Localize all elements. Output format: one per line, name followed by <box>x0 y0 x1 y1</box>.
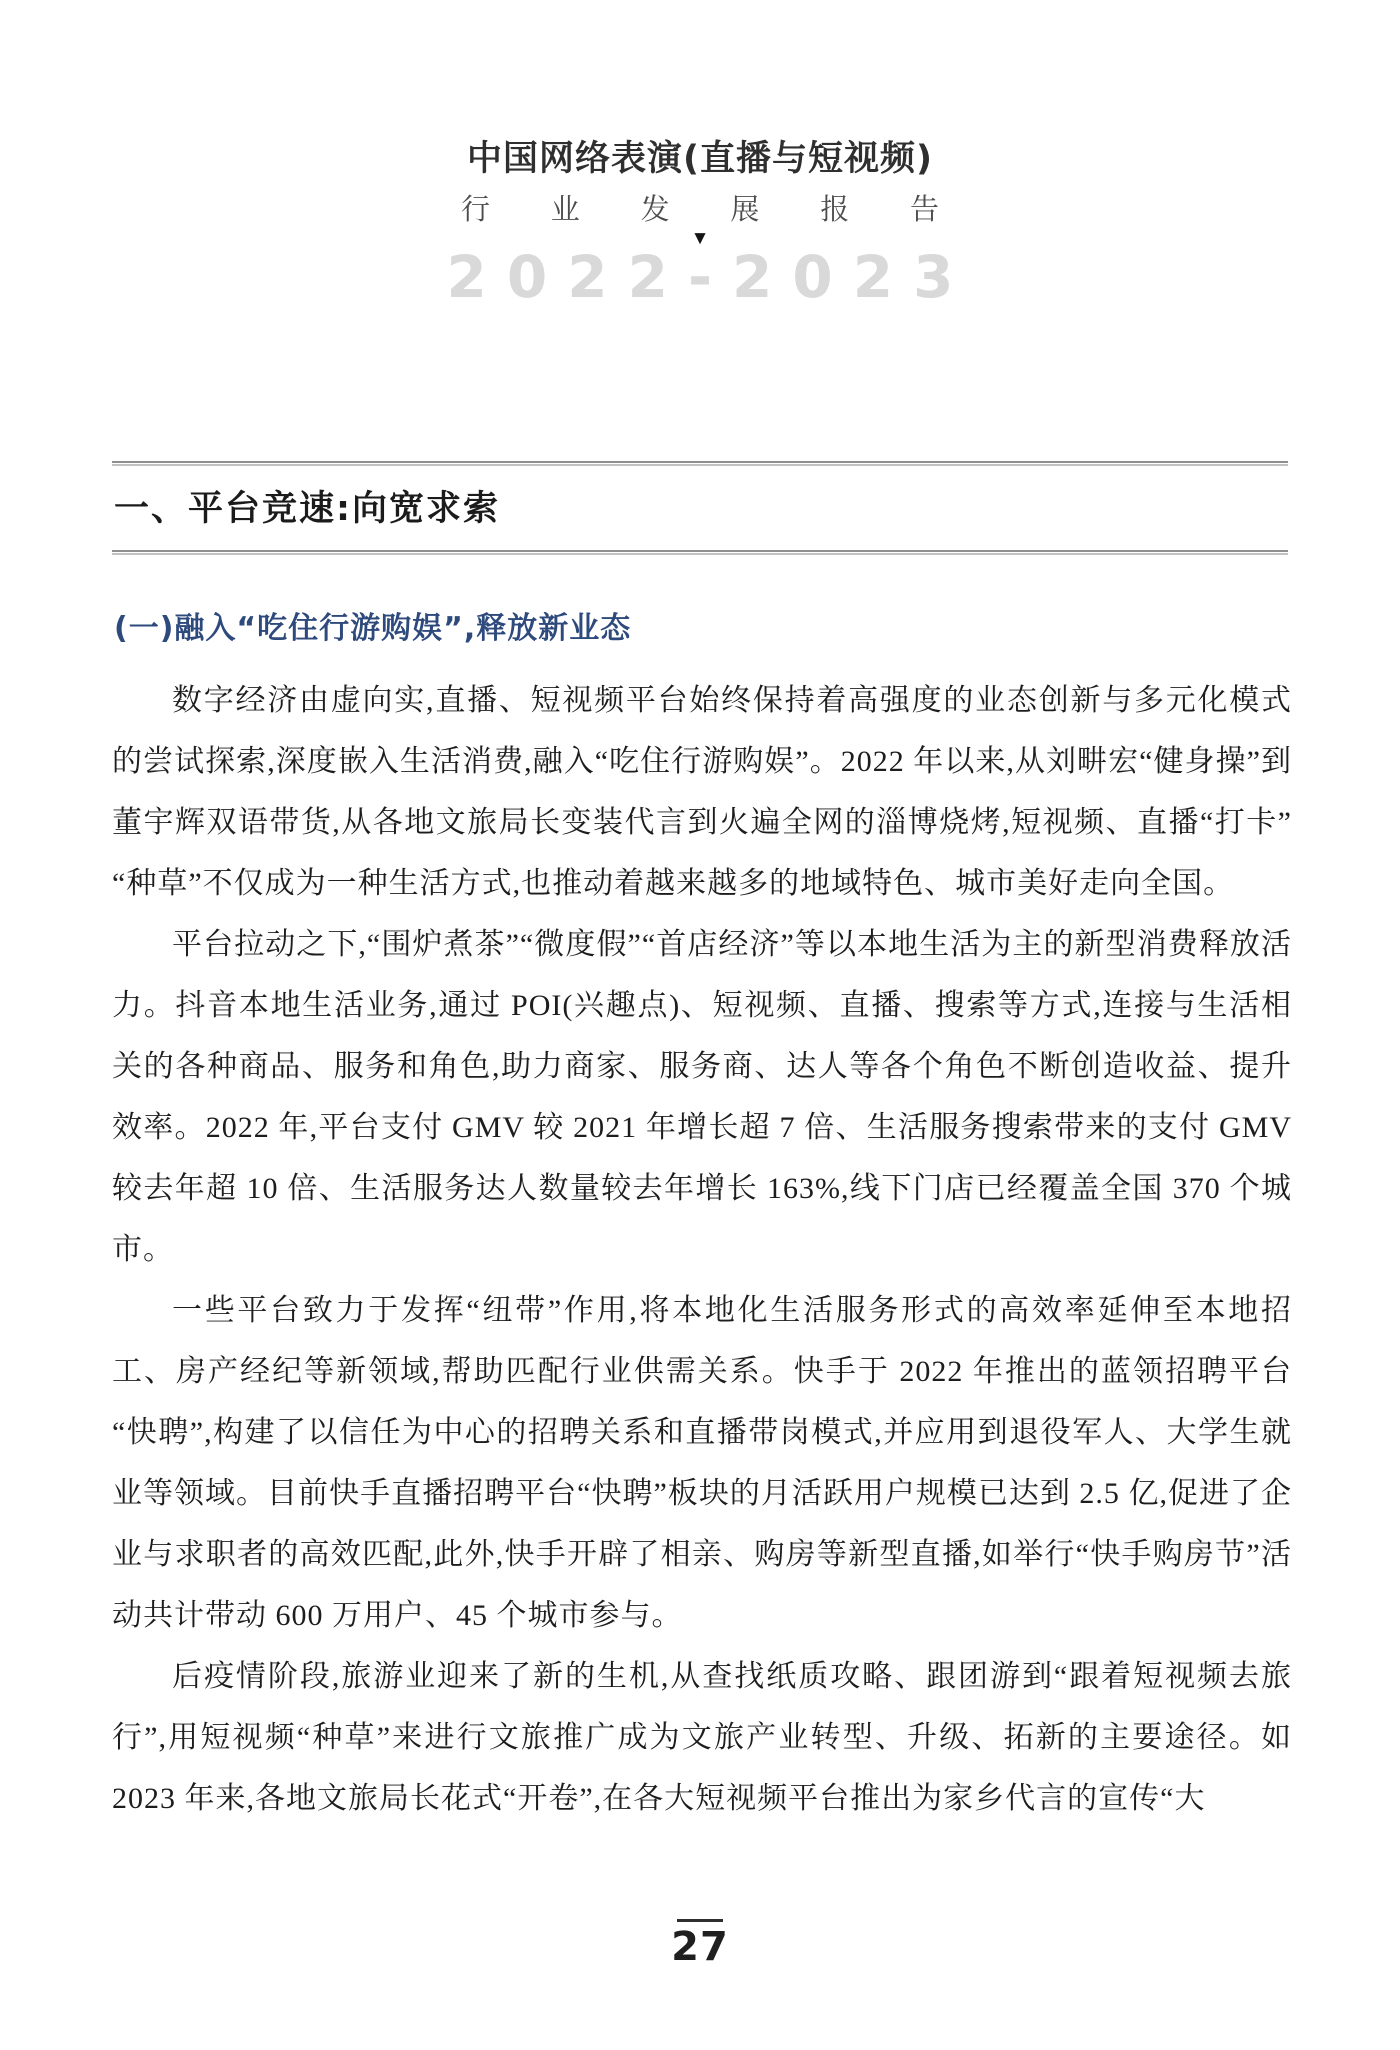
report-years: 2022-2023 <box>0 247 1400 307</box>
body-text: 数字经济由虚向实,直播、短视频平台始终保持着高强度的业态创新与多元化模式的尝试探… <box>112 670 1292 1829</box>
paragraph-1: 数字经济由虚向实,直播、短视频平台始终保持着高强度的业态创新与多元化模式的尝试探… <box>112 670 1292 914</box>
document-page: 中国网络表演(直播与短视频) 行业发展报告 ▼ 2022-2023 一、平台竞速… <box>0 0 1400 2050</box>
paragraph-3: 一些平台致力于发挥“纽带”作用,将本地化生活服务形式的高效率延伸至本地招工、房产… <box>112 1280 1292 1646</box>
subsection-heading: (一)融入“吃住行游购娱”,释放新业态 <box>114 609 631 649</box>
section-heading-block: 一、平台竞速:向宽求索 <box>112 461 1288 555</box>
section-heading: 一、平台竞速:向宽求索 <box>112 466 1288 550</box>
report-title: 中国网络表演(直播与短视频) <box>0 138 1400 180</box>
footer-rule <box>677 1919 723 1922</box>
page-number: 27 <box>0 1927 1400 1967</box>
report-subtitle: 行业发展报告 <box>461 192 939 226</box>
page-footer: 27 <box>0 1919 1400 1967</box>
heading-rule-bottom <box>112 550 1288 555</box>
paragraph-4: 后疫情阶段,旅游业迎来了新的生机,从查找纸质攻略、跟团游到“跟着短视频去旅行”,… <box>112 1646 1292 1829</box>
paragraph-2: 平台拉动之下,“围炉煮茶”“微度假”“首店经济”等以本地生活为主的新型消费释放活… <box>112 914 1292 1280</box>
